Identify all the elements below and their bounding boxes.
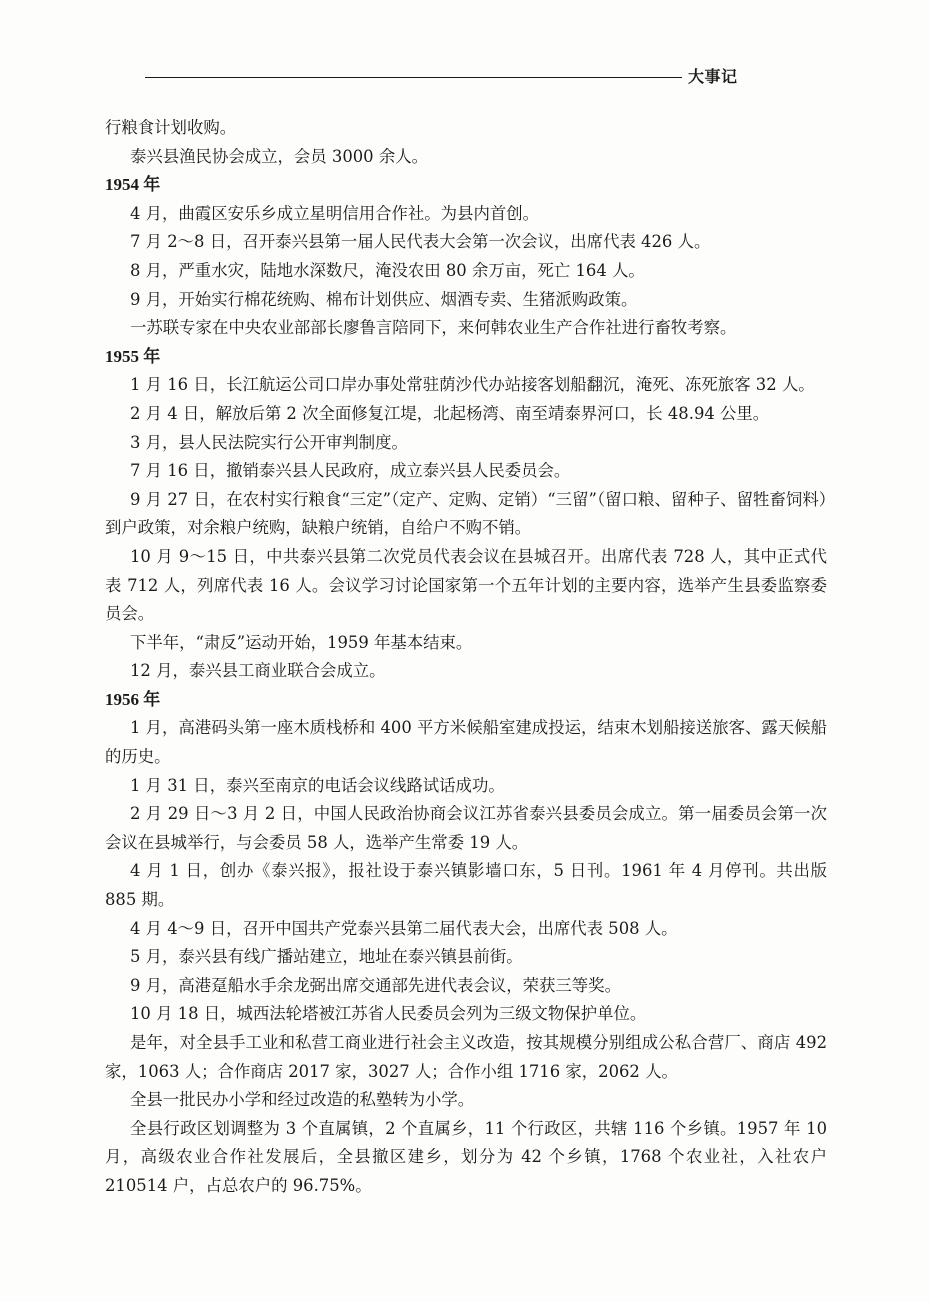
entry: 12 月，泰兴县工商业联合会成立。: [105, 657, 827, 686]
entry: 4 月 1 日，创办《泰兴报》，报社设于泰兴镇影墙口东，5 日刊。1961 年 …: [105, 857, 827, 914]
year-heading: 1954 年: [105, 171, 827, 200]
running-header: 大事记: [145, 66, 737, 88]
section-title: 大事记: [688, 66, 738, 88]
entry: 4 月，曲霞区安乐乡成立星明信用合作社。为县内首创。: [105, 200, 827, 229]
document-page: 大事记 行粮食计划收购。 泰兴县渔民协会成立，会员 3000 余人。 1954 …: [0, 0, 930, 1302]
chronicle-body: 行粮食计划收购。 泰兴县渔民协会成立，会员 3000 余人。 1954 年 4 …: [105, 114, 827, 1201]
entry: 是年，对全县手工业和私营工商业进行社会主义改造，按其规模分别组成公私合营厂、商店…: [105, 1029, 827, 1086]
year-heading: 1955 年: [105, 343, 827, 372]
entry: 9 月，开始实行棉花统购、棉布计划供应、烟酒专卖、生猪派购政策。: [105, 286, 827, 315]
entry: 泰兴县渔民协会成立，会员 3000 余人。: [105, 143, 827, 172]
entry: 下半年，“肃反”运动开始，1959 年基本结束。: [105, 629, 827, 658]
year-heading: 1956 年: [105, 686, 827, 715]
entry: 1 月，高港码头第一座木质栈桥和 400 平方米候船室建成投运，结束木划船接送旅…: [105, 714, 827, 771]
year-section-1955: 1955 年 1 月 16 日，长江航运公司口岸办事处常驻荫沙代办站接客划船翻沉…: [105, 343, 827, 686]
entry: 8 月，严重水灾，陆地水深数尺，淹没农田 80 余万亩，死亡 164 人。: [105, 257, 827, 286]
entry: 全县行政区划调整为 3 个直属镇，2 个直属乡，11 个行政区，共辖 116 个…: [105, 1115, 827, 1201]
entry: 7 月 2～8 日，召开泰兴县第一届人民代表大会第一次会议，出席代表 426 人…: [105, 228, 827, 257]
entry: 10 月 9～15 日，中共泰兴县第二次党员代表会议在县城召开。出席代表 728…: [105, 543, 827, 629]
entry: 一苏联专家在中央农业部部长廖鲁言陪同下，来何韩农业生产合作社进行畜牧考察。: [105, 314, 827, 343]
entry: 3 月，县人民法院实行公开审判制度。: [105, 429, 827, 458]
continuation-text: 行粮食计划收购。: [105, 114, 827, 143]
entry: 2 月 4 日，解放后第 2 次全面修复江堤，北起杨湾、南至靖泰界河口，长 48…: [105, 400, 827, 429]
entry: 2 月 29 日～3 月 2 日，中国人民政治协商会议江苏省泰兴县委员会成立。第…: [105, 800, 827, 857]
entry: 5 月，泰兴县有线广播站建立，地址在泰兴镇县前街。: [105, 943, 827, 972]
entry: 4 月 4～9 日，召开中国共产党泰兴县第二届代表大会，出席代表 508 人。: [105, 915, 827, 944]
entry: 1 月 16 日，长江航运公司口岸办事处常驻荫沙代办站接客划船翻沉，淹死、冻死旅…: [105, 371, 827, 400]
year-section-1956: 1956 年 1 月，高港码头第一座木质栈桥和 400 平方米候船室建成投运，结…: [105, 686, 827, 1201]
entry: 9 月，高港趸船水手余龙弼出席交通部先进代表会议，荣获三等奖。: [105, 972, 827, 1001]
entry: 9 月 27 日，在农村实行粮食“三定”（定产、定购、定销）“三留”（留口粮、留…: [105, 486, 827, 543]
entry: 1 月 31 日，泰兴至南京的电话会议线路试话成功。: [105, 772, 827, 801]
entry: 7 月 16 日，撤销泰兴县人民政府，成立泰兴县人民委员会。: [105, 457, 827, 486]
entry: 全县一批民办小学和经过改造的私塾转为小学。: [105, 1086, 827, 1115]
year-section-1954: 1954 年 4 月，曲霞区安乐乡成立星明信用合作社。为县内首创。 7 月 2～…: [105, 171, 827, 343]
entry: 10 月 18 日，城西法轮塔被江苏省人民委员会列为三级文物保护单位。: [105, 1000, 827, 1029]
header-rule: [145, 77, 682, 78]
